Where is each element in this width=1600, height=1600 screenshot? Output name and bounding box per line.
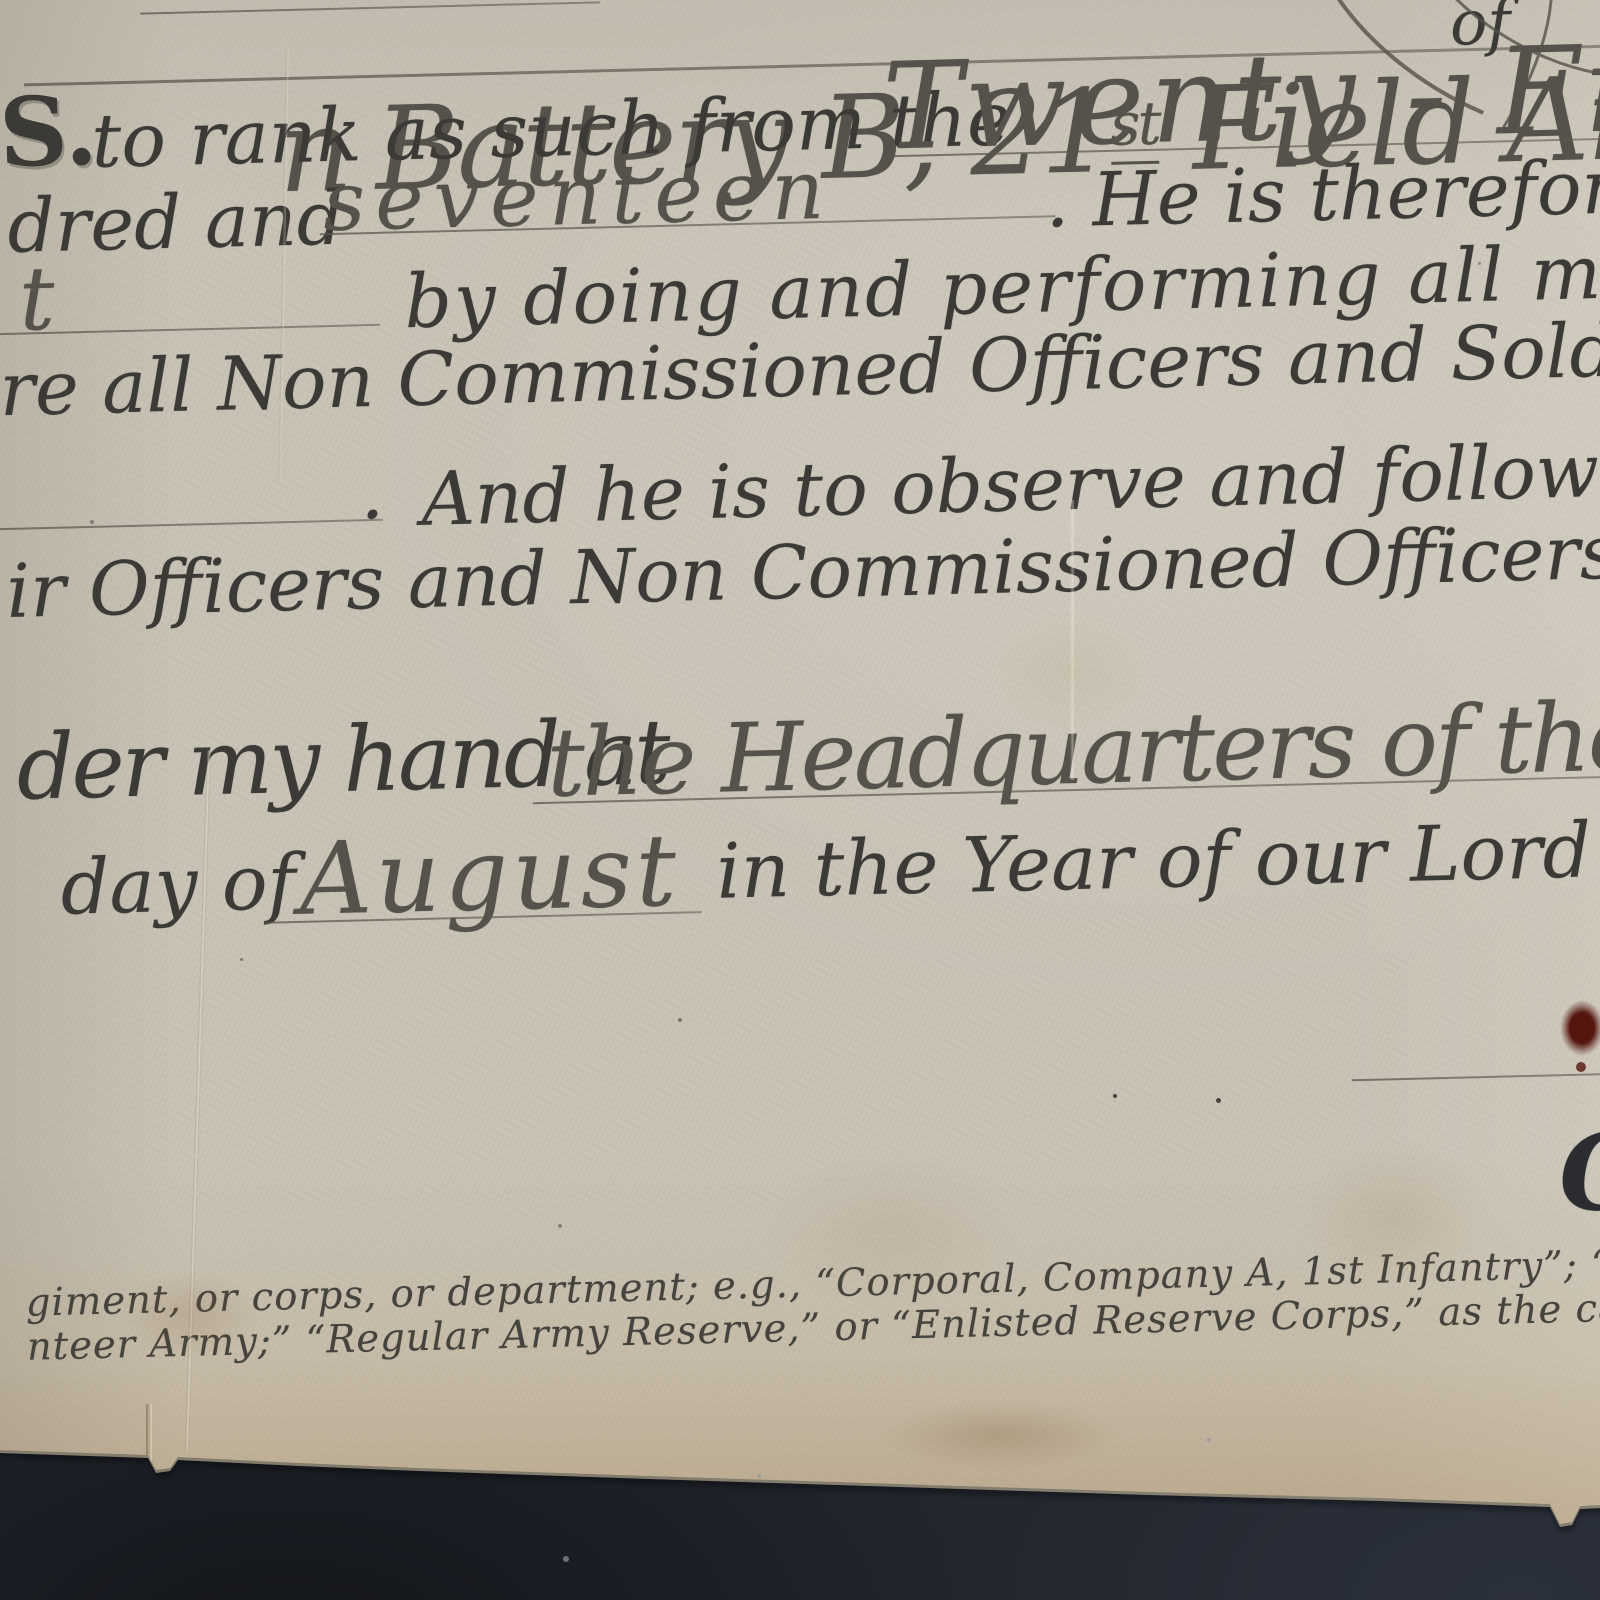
tear-notch-highlight bbox=[146, 1404, 152, 1464]
handwritten-t-fragment: t bbox=[18, 255, 56, 344]
backdrop-speck bbox=[563, 1556, 569, 1562]
paper: nBattery B, 21st Field Artillery of S. t… bbox=[0, 0, 1600, 1530]
signature-line bbox=[1352, 1072, 1600, 1082]
speck bbox=[558, 1224, 562, 1228]
printed-he-is-therefore: . He is therefore car bbox=[1044, 146, 1600, 239]
signature-co-fragment: Co bbox=[1558, 1118, 1600, 1227]
speck bbox=[1478, 262, 1481, 265]
photo-of-certificate: { "photo": { "backdrop_color": "#22262e"… bbox=[0, 0, 1600, 1600]
printed-dred-and: dred and bbox=[7, 182, 345, 264]
stain-left-foxing bbox=[120, 1270, 260, 1360]
handwritten-seventeen: seventeen bbox=[322, 150, 835, 244]
speck bbox=[1216, 1098, 1221, 1103]
wax-seal-dot bbox=[1576, 1062, 1586, 1072]
ruled-line-5 bbox=[0, 519, 383, 531]
stain-bottom-right bbox=[1300, 1140, 1490, 1290]
printed-S-fragment: S. bbox=[0, 84, 99, 181]
speck bbox=[678, 1018, 682, 1022]
backdrop-speck bbox=[757, 1474, 761, 1478]
paper-wrapper: nBattery B, 21st Field Artillery of S. t… bbox=[0, 0, 1600, 1600]
printed-day-of: day of bbox=[60, 844, 297, 926]
wax-seal-fragment bbox=[1560, 1000, 1600, 1056]
stain-bottom-edge bbox=[880, 1400, 1120, 1470]
speck bbox=[240, 958, 243, 961]
printed-period: . bbox=[359, 456, 384, 531]
speck bbox=[1113, 1094, 1117, 1098]
printed-year-of-our-lord: in the Year of our Lord one bbox=[716, 808, 1600, 909]
speck bbox=[90, 520, 94, 524]
backdrop-speck bbox=[1207, 1438, 1211, 1442]
stain-mid-yellow bbox=[990, 610, 1150, 730]
stain-bottom-center bbox=[760, 1150, 1020, 1310]
